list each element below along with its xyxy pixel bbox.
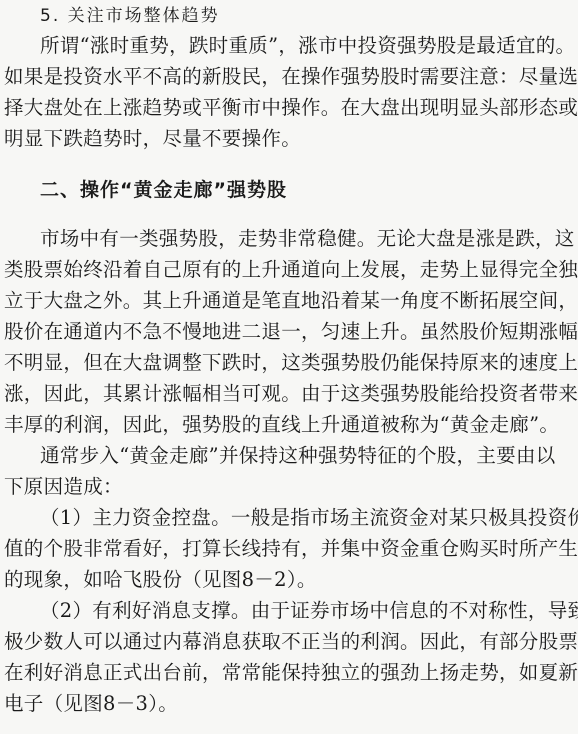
paragraph-line: 明显下跌趋势时，尽量不要操作。 — [4, 125, 574, 153]
paragraph-line: 通常步入“黄金走廊”并保持这种强势特征的个股，主要由以 — [40, 442, 574, 470]
paragraph-line: 市场中有一类强势股，走势非常稳健。无论大盘是涨是跌，这 — [40, 225, 574, 253]
paragraph-line: 丰厚的利润，因此，强势股的直线上升通道被称为“黄金走廊”。 — [4, 411, 574, 439]
list-item-line: （2）有利好消息支撑。由于证券市场中信息的不对称性，导致 — [40, 597, 574, 625]
paragraph-line: 如果是投资水平不高的新股民，在操作强势股时需要注意：尽量选 — [4, 63, 574, 91]
section-heading: 二、操作“黄金走廊”强势股 — [40, 176, 574, 204]
list-item-line: 电子（见图8－3）。 — [4, 690, 574, 718]
paragraph-line: 涨，因此，其累计涨幅相当可观。由于这类强势股能给投资者带来 — [4, 380, 574, 408]
subsection-title: 5. 关注市场整体趋势 — [40, 2, 574, 30]
paragraph-line: 不明显，但在大盘调整下跌时，这类强势股仍能保持原来的速度上 — [4, 349, 574, 377]
paragraph-line: 类股票始终沿着自己原有的上升通道向上发展，走势上显得完全独 — [4, 256, 574, 284]
list-item-line: 极少数人可以通过内幕消息获取不正当的利润。因此，有部分股票 — [4, 628, 574, 656]
list-item-line: （1）主力资金控盘。一般是指市场主流资金对某只极具投资价 — [40, 504, 574, 532]
list-item-line: 在利好消息正式出台前，常常能保持独立的强劲上扬走势，如夏新 — [4, 659, 574, 687]
paragraph-line: 择大盘处在上涨趋势或平衡市中操作。在大盘出现明显头部形态或 — [4, 94, 574, 122]
list-item-line: 值的个股非常看好，打算长线持有，并集中资金重仓购买时所产生 — [4, 535, 574, 563]
paragraph-line: 下原因造成： — [4, 473, 574, 501]
list-item-line: 的现象，如哈飞股份（见图8－2）。 — [4, 566, 574, 594]
document-page: 5. 关注市场整体趋势 所谓“涨时重势，跌时重质”，涨市中投资强势股是最适宜的。… — [0, 0, 578, 734]
paragraph-line: 立于大盘之外。其上升通道是笔直地沿着某一角度不断拓展空间， — [4, 287, 574, 315]
paragraph-line: 股价在通道内不急不慢地进二退一，匀速上升。虽然股价短期涨幅 — [4, 318, 574, 346]
paragraph-line: 所谓“涨时重势，跌时重质”，涨市中投资强势股是最适宜的。 — [40, 32, 574, 60]
